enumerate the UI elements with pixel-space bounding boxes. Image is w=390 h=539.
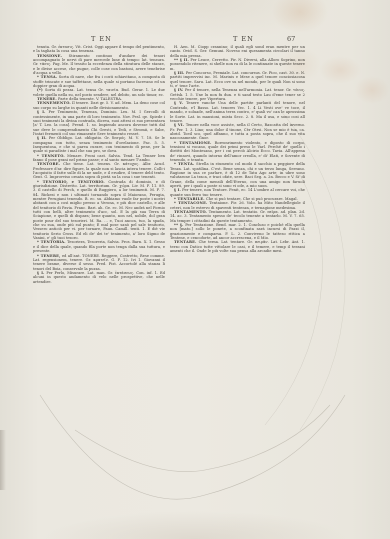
entry-text: Per il tenore, nella Tenenza nell'armoni… (170, 88, 305, 101)
entry-text: Tenere vanche Una delle partite parlanti… (170, 101, 305, 122)
dictionary-entry: TENNEMENTO. Il tenere. Dari gr. 5. V. ad… (33, 101, 165, 110)
dictionary-entry: H. Aen. M. Ciopp crannino; il quali egli… (170, 45, 305, 58)
dictionary-entry: § VI. Tenore nella voce assiste, nella i… (170, 123, 305, 140)
dictionary-entry: TENTORE. Che tiene. Lat. tenens. Gr. κάτ… (33, 162, 165, 179)
dictionary-entry: * TENTORIA. Tesoriera, Tesoreria, Salvia… (33, 240, 165, 253)
dictionary-entry: * TENERE, ed all'ant. TONERE. Reggere, C… (33, 254, 165, 271)
entry-text: Per Tentazione. Bend. mar. 2. 1. Conclus… (170, 223, 305, 240)
entry-text: Per Obbligo. Lat. obligatio. Gr. δεσμός.… (33, 136, 165, 153)
dictionary-entry: § I. Per Perlo, Misurare. Lat. man. Gr. … (33, 271, 165, 284)
dictionary-entry: * TENTACONE. Tentaione. Fir. 26. Volo. h… (170, 201, 305, 210)
dictionary-entry: tenuta. Gr. ἐκτασις. Vit. Crist. Oggi ap… (33, 45, 165, 54)
binding-shadow (0, 430, 6, 490)
dictionary-entry: * TENTORIO, e TENITORIO. Contrada di dom… (33, 180, 165, 241)
dictionary-entry: § IV. Per il tenore, nella Tenenza nell'… (170, 88, 305, 101)
entry-text: Per tenere, non Tentore. Fenit, ec. 14 L… (170, 188, 305, 196)
right-column: H. Aen. M. Ciopp crannino; il quali egli… (170, 45, 305, 254)
dictionary-entry: TENTARE. Che terna. Lat. tentare. Gr. πε… (170, 240, 305, 253)
entry-text: H. Aen. M. Ciopp crannino; il quali egli… (170, 45, 305, 58)
entry-text: Contrada di dominio, e di giurisdizione.… (33, 180, 165, 240)
entry-text: Per Leuce, Cerretto. Fir. N. Diversi, al… (170, 58, 305, 71)
running-head-right: T EN (233, 35, 254, 43)
dictionary-entry: * TENTA. Strella in stumento col modo il… (170, 162, 305, 188)
dictionary-entry: TENTAMENTO. Tentamento. Lat. tentatio. G… (170, 210, 305, 223)
entry-text: Per Perlo, Misurare. Lat. man. Gr. ἐκτάσ… (33, 271, 165, 284)
dictionary-entry: § I. Per tenere, non Tentore. Fenit, ec.… (170, 188, 305, 197)
entry-text: Strella in stumento col modo il sacchio … (170, 162, 305, 188)
dictionary-entry: TENSIONE. Stiramento continuo d'andare d… (33, 54, 165, 76)
dictionary-entry: § I. Per Tenimento, Tenenza, Dominio. Le… (33, 110, 165, 136)
dictionary-entry: (*) Sorta di pezza. Lat. tensa Gr. ταινί… (33, 88, 165, 97)
page-number: 67 (287, 35, 295, 43)
entry-text: Sorta di pezza. Lat. tensa Gr. ταινία. B… (33, 88, 165, 96)
dictionary-entry: * TENTAMIONE. Rorronrimento violento, e … (170, 141, 305, 163)
left-column: tenuta. Gr. ἐκτασις. Vit. Crist. Oggi ap… (33, 45, 165, 284)
dictionary-entry: § V. Tenere vanche Una delle partite par… (170, 101, 305, 123)
dictionary-entry: ** § II. Per Leuce, Cerretto. Fir. N. Di… (170, 58, 305, 71)
entry-text: tenuta. Gr. ἐκτασις. Vit. Crist. Oggi ap… (33, 45, 165, 53)
dictionary-entry: § II. Per Obbligo. Lat. obligatio. Gr. δ… (33, 136, 165, 153)
running-head-left: T EN (91, 35, 112, 43)
dictionary-entry: ** §. Per Tentazione. Bend. mar. 2. 1. C… (170, 223, 305, 240)
dictionary-entry: * TENNETO. Menare. Proni cast. Salvia. T… (33, 154, 165, 163)
entry-text: Per Concorso, Premiale. Lat. concursus. … (170, 71, 305, 88)
dictionary-entry: § III. Per Concorso, Premiale. Lat. conc… (170, 71, 305, 88)
dictionary-entry: * TENSA. Sorta di nave, che fra i costi … (33, 75, 165, 88)
entry-text: Per Tenimento, Tenenza, Dominio. Leu. M.… (33, 110, 165, 136)
entry-text: Tenore nella voce assiste, nella il Cert… (170, 123, 305, 140)
